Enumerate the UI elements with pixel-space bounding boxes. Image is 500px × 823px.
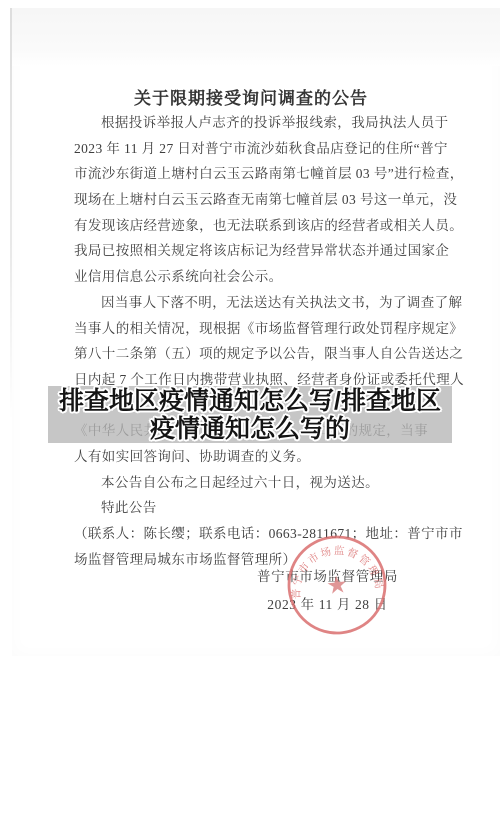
body-line: 特此公告 [74, 495, 428, 521]
scan-left-edge-line [10, 8, 12, 420]
body-line: 我局已按照相关规定将该店标记为经营异常状态并通过国家企 [74, 238, 428, 264]
signature-org: 普宁市市场监督管理局 [230, 564, 425, 590]
body-line: 因当事人下落不明，无法送达有关执法文书，为了调查了解 [74, 290, 428, 316]
screenshot-root: { "doc": { "title": "关于限期接受询问调查的公告", "p1… [0, 0, 500, 823]
body-line: 根据投诉举报人卢志齐的投诉举报线索，我局执法人员于 [74, 110, 428, 136]
body-line: 业信用信息公示系统向社会公示。 [74, 264, 428, 290]
body-line: 2023 年 11 月 27 日对普宁市流沙茹秋食品店登记的住所“普宁 [74, 136, 428, 162]
body-line: 市流沙东街道上塘村白云玉云路南第七幢首层 03 号”进行检查， [74, 161, 428, 187]
overlay-caption-line1: 排查地区疫情通知怎么写/排查地区 [59, 387, 441, 415]
signature-block: 普宁市市场监督管理局 2023 年 11 月 28 日 [230, 564, 425, 617]
notice-body: 根据投诉举报人卢志齐的投诉举报线索，我局执法人员于 2023 年 11 月 27… [74, 110, 428, 572]
body-line: 现场在上塘村白云玉云路查无南第七幢首层 03 号这一单元，没 [74, 187, 428, 213]
notice-title: 关于限期接受询问调查的公告 [74, 84, 428, 109]
body-line: 人有如实回答询问、协助调查的义务。 [74, 444, 428, 470]
body-line: （联系人：陈长缨；联系电话：0663-2811671；地址：普宁市市 [74, 521, 428, 547]
body-line: 本公告自公布之日起经过六十日，视为送达。 [74, 470, 428, 496]
signature-date: 2023 年 11 月 28 日 [230, 592, 425, 618]
body-line: 有发现该店经营迹象，也无法联系到该店的经营者或相关人员。 [74, 213, 428, 239]
overlay-caption-band: 排查地区疫情通知怎么写/排查地区 疫情通知怎么写的 [48, 386, 452, 443]
body-line: 第八十二条第（五）项的规定予以公告，限当事人自公告送达之 [74, 341, 428, 367]
scan-top-shadow [12, 8, 500, 66]
overlay-caption-line2: 疫情通知怎么写的 [150, 415, 350, 443]
body-line: 当事人的相关情况，现根据《市场监督管理行政处罚程序规定》 [74, 316, 428, 342]
